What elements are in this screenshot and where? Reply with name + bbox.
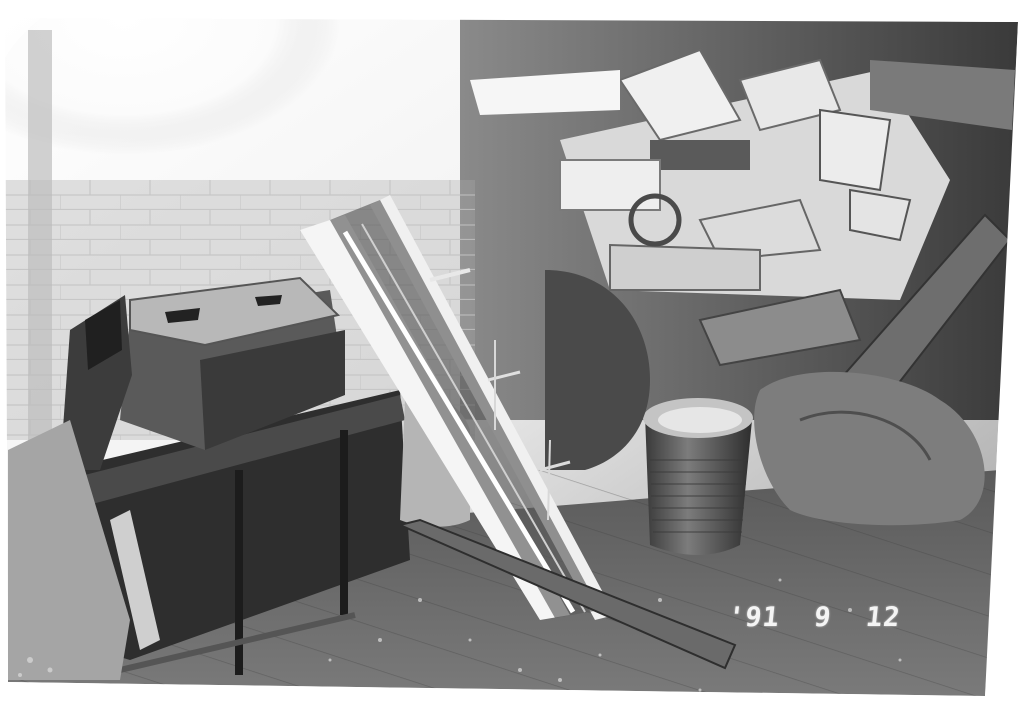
photograph (0, 0, 1024, 702)
date-stamp: '91 9 12 (726, 602, 902, 633)
ribbed-container (643, 398, 753, 555)
